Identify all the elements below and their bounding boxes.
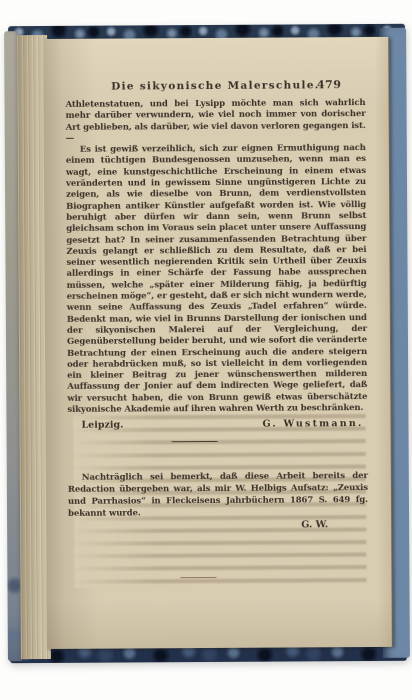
postscript-paragraph: Nachträglich sei bemerkt, daß diese Arbe…: [68, 470, 368, 520]
signature-row: Leipzig. G. Wustmann.: [67, 418, 367, 431]
section-divider-faint: [180, 577, 216, 578]
page-header: Die sikyonische Malerschule. 479: [65, 79, 365, 93]
book: Die sikyonische Malerschule. 479 Athlete…: [4, 24, 410, 663]
paragraph: Athletenstatuen, und bei Lysipp möchte m…: [66, 98, 366, 145]
body-text: Athletenstatuen, und bei Lysipp möchte m…: [66, 98, 368, 416]
postscript: Nachträglich sei bemerkt, daß diese Arbe…: [68, 470, 368, 532]
signature-author: G. Wustmann.: [262, 418, 363, 430]
signature-place: Leipzig.: [81, 420, 123, 431]
running-title: Die sikyonische Malerschule.: [111, 79, 320, 92]
page-number: 479: [317, 79, 342, 91]
section-divider: [172, 441, 218, 442]
page-text-block: Die sikyonische Malerschule. 479 Athlete…: [65, 79, 368, 579]
book-page: Die sikyonische Malerschule. 479 Athlete…: [43, 37, 393, 649]
postscript-initials: G. W.: [68, 520, 328, 533]
paragraph: Es ist gewiß verzeihlich, sich zur eigne…: [66, 143, 368, 416]
